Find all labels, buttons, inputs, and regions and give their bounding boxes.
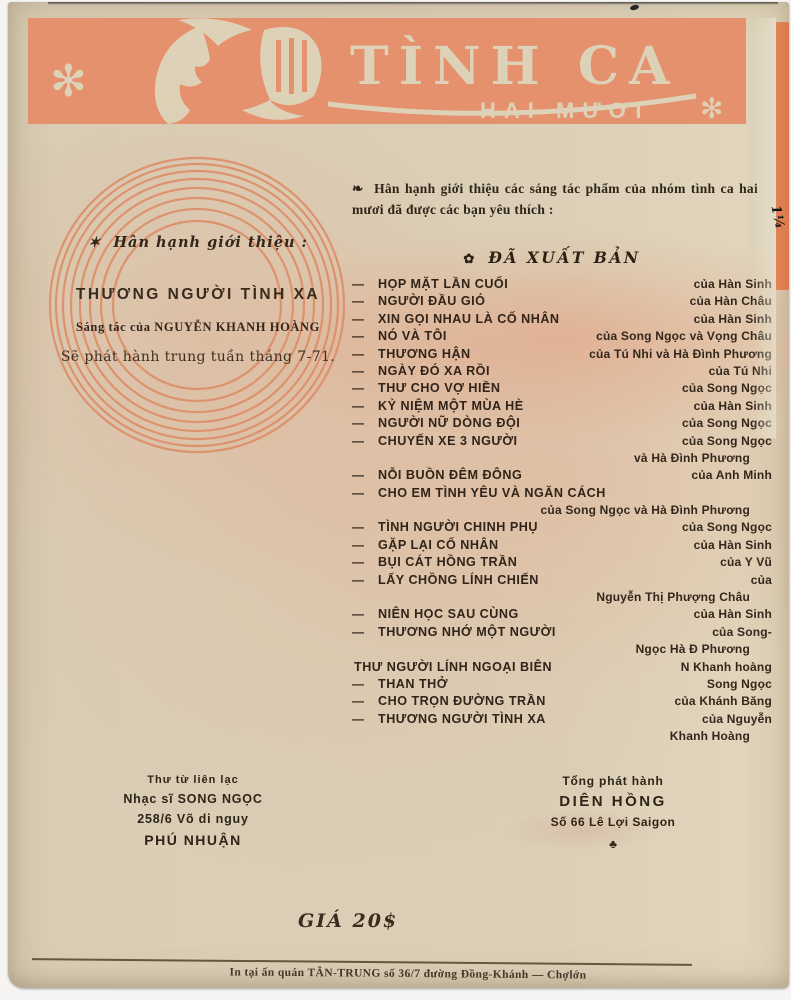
song-title: XIN GỌI NHAU LÀ CỐ NHÂN: [378, 311, 560, 328]
song-author: của Hàn Châu: [485, 293, 772, 310]
printer-imprint: In tại ấn quán TÂN-TRUNG số 36/7 đường Đ…: [128, 966, 688, 983]
contact-line: Thư từ liên lạc: [68, 774, 318, 786]
published-heading-text: ĐÃ XUẤT BẢN: [488, 248, 640, 267]
song-author-continuation: và Hà Đình Phương: [352, 450, 772, 467]
dash-bullet: —: [352, 415, 378, 432]
flower-ornament-icon: ✿: [463, 252, 474, 267]
red-stamp-smudge: [508, 810, 658, 850]
announcement-intro: ✶ Hân hạnh giới thiệu :: [38, 234, 358, 251]
song-title: CHO TRỌN ĐƯỜNG TRẦN: [378, 693, 546, 710]
song-author: của Hàn Sinh: [519, 606, 772, 623]
song-title: CHO EM TÌNH YÊU VÀ NGĂN CÁCH: [378, 485, 606, 502]
dash-bullet: —: [352, 537, 378, 554]
song-row: — THƯƠNG NHỚ MỘT NGƯỜI của Song-: [352, 624, 772, 641]
song-author: của Song Ngọc: [500, 380, 772, 397]
dash-bullet: —: [352, 693, 378, 710]
banner-art: ✻ TÌNH CA HAI MƯƠI ✻: [28, 18, 746, 124]
intro-text: Hân hạnh giới thiệu các sáng tác phẩm củ…: [352, 181, 758, 217]
distributor-line: Tổng phát hành: [488, 774, 738, 788]
song-row: THƯ NGƯỜI LÍNH NGOẠI BIÊN N Khanh hoàng: [352, 659, 772, 676]
price-label: GIÁ 20$: [298, 910, 398, 932]
banner-subtitle: HAI MƯƠI: [480, 98, 649, 123]
dash-bullet: —: [352, 276, 378, 293]
contact-line: Nhạc sĩ SONG NGỌC: [68, 792, 318, 806]
song-title: THAN THỞ: [378, 676, 448, 693]
dash-bullet: —: [352, 467, 378, 484]
masthead-banner: ✻ TÌNH CA HAI MƯƠI ✻: [28, 18, 746, 124]
song-title: LẤY CHỒNG LÍNH CHIẾN: [378, 572, 539, 589]
song-row: — TÌNH NGƯỜI CHINH PHỤ của Song Ngọc: [352, 519, 772, 536]
dash-bullet: —: [352, 398, 378, 415]
song-row: — HỌP MẶT LẦN CUỐI của Hàn Sinh: [352, 276, 772, 293]
song-row: — NÓ VÀ TÔI của Song Ngọc và Vọng Châu: [352, 328, 772, 345]
dash-bullet: —: [352, 328, 378, 345]
dash-bullet: —: [352, 711, 378, 728]
song-row: — THAN THỞ Song Ngọc: [352, 676, 772, 693]
song-author: của Nguyễn: [546, 711, 772, 728]
dash-bullet: —: [352, 433, 378, 450]
dash-bullet: —: [352, 380, 378, 397]
dash-bullet: —: [352, 346, 378, 363]
ink-speck: [630, 4, 640, 11]
dash-bullet: —: [352, 363, 378, 380]
published-heading: ✿ĐÃ XUẤT BẢN: [352, 248, 752, 267]
song-title: CHUYẾN XE 3 NGƯỜI: [378, 433, 518, 450]
song-row: — THƯ CHO VỢ HIỀN của Song Ngọc: [352, 380, 772, 397]
song-author-continuation: của Song Ngọc và Hà Đình Phương: [352, 502, 772, 519]
song-author: N Khanh hoàng: [552, 659, 772, 676]
song-author-continuation: Ngọc Hà Đ Phương: [352, 641, 772, 658]
contact-line: 258/6 Võ di nguy: [68, 812, 318, 826]
announcement-song-title: THƯƠNG NGƯỜI TÌNH XA: [38, 286, 358, 304]
song-row: — XIN GỌI NHAU LÀ CỐ NHÂN của Hàn Sinh: [352, 311, 772, 328]
song-row: — THƯƠNG NGƯỜI TÌNH XA của Nguyễn: [352, 711, 772, 728]
paper-top-edge-shadow: [48, 2, 778, 5]
folded-cover-edge: [776, 22, 789, 290]
song-row: — NGƯỜI NỮ DÒNG ĐỘI của Song Ngọc: [352, 415, 772, 432]
star-ornament-icon: ✶: [88, 234, 101, 251]
song-author: của Tú Nhi và Hà Đình Phương: [471, 346, 772, 363]
song-author: của Khánh Băng: [546, 693, 772, 710]
dash-bullet: —: [352, 624, 378, 641]
dash-bullet: —: [352, 554, 378, 571]
song-row: — GẶP LẠI CỐ NHÂN của Hàn Sinh: [352, 537, 772, 554]
song-row: — NGƯỜI ĐẦU GIÓ của Hàn Châu: [352, 293, 772, 310]
song-title: GẶP LẠI CỐ NHÂN: [378, 537, 499, 554]
song-row: — LẤY CHỒNG LÍNH CHIẾN của: [352, 572, 772, 589]
song-row: — THƯƠNG HẬN của Tú Nhi và Hà Đình Phươn…: [352, 346, 772, 363]
distributor-name: DIÊN HỒNG: [488, 793, 738, 810]
song-author: của Song Ngọc: [538, 519, 772, 536]
song-author: của Song Ngọc: [520, 415, 772, 432]
song-title: THƯƠNG NHỚ MỘT NGƯỜI: [378, 624, 556, 641]
song-author: của Hàn Sinh: [524, 398, 772, 415]
publisher-intro-paragraph: ❧ Hân hạnh giới thiệu các sáng tác phẩm …: [352, 178, 758, 220]
song-author: Song Ngọc: [448, 676, 772, 693]
song-title: KỶ NIỆM MỘT MÙA HÈ: [378, 398, 524, 415]
song-author: của Hàn Sinh: [508, 276, 772, 293]
song-row: — BỤI CÁT HỒNG TRẦN của Y Vũ: [352, 554, 772, 571]
contact-block: Thư từ liên lạc Nhạc sĩ SONG NGỌC 258/6 …: [68, 774, 318, 848]
dash-bullet: —: [352, 293, 378, 310]
song-title: THƯƠNG NGƯỜI TÌNH XA: [378, 711, 546, 728]
banner-right-star-icon: ✻: [700, 93, 723, 124]
song-author: của Song Ngọc: [518, 433, 772, 450]
song-author-continuation: Khanh Hoàng: [352, 728, 772, 745]
announcement-credit: Sáng tác của NGUYỄN KHANH HOÀNG: [38, 320, 358, 335]
song-row: — NGÀY ĐÓ XA RỒI của Tú Nhi: [352, 363, 772, 380]
dash-bullet: —: [352, 572, 378, 589]
song-row: — NIÊN HỌC SAU CÙNG của Hàn Sinh: [352, 606, 772, 623]
dash-bullet: —: [352, 676, 378, 693]
banner-left-star-icon: ✻: [50, 57, 87, 106]
song-author: của Hàn Sinh: [499, 537, 772, 554]
song-row: — CHO EM TÌNH YÊU VÀ NGĂN CÁCH: [352, 485, 772, 502]
song-author: của: [539, 572, 772, 589]
announcement-intro-text: Hân hạnh giới thiệu :: [113, 234, 308, 251]
song-row: — NỖI BUỒN ĐÊM ĐÔNG của Anh Minh: [352, 467, 772, 484]
song-title: BỤI CÁT HỒNG TRẦN: [378, 554, 517, 571]
song-title: THƯ NGƯỜI LÍNH NGOẠI BIÊN: [354, 659, 552, 676]
song-author: của Y Vũ: [517, 554, 772, 571]
song-author: của Anh Minh: [522, 467, 772, 484]
song-row: — KỶ NIỆM MỘT MÙA HÈ của Hàn Sinh: [352, 398, 772, 415]
song-author: của Hàn Sinh: [560, 311, 772, 328]
published-song-list: — HỌP MẶT LẦN CUỐI của Hàn Sinh — NGƯỜI …: [352, 276, 772, 746]
song-author-continuation: Nguyễn Thị Phượng Châu: [352, 589, 772, 606]
song-title: NGƯỜI ĐẦU GIÓ: [378, 293, 485, 310]
contact-line: PHÚ NHUẬN: [68, 832, 318, 848]
song-title: NGÀY ĐÓ XA RỒI: [378, 363, 490, 380]
announcement-release-date: Sẽ phát hành trung tuần tháng 7-71.: [38, 349, 358, 365]
song-title: THƯƠNG HẬN: [378, 346, 471, 363]
dash-bullet: —: [352, 311, 378, 328]
song-row: — CHO TRỌN ĐƯỜNG TRẦN của Khánh Băng: [352, 693, 772, 710]
song-author: của Song Ngọc và Vọng Châu: [447, 328, 772, 345]
song-title: THƯ CHO VỢ HIỀN: [378, 380, 500, 397]
dash-bullet: —: [352, 606, 378, 623]
song-author: của Song-: [556, 624, 772, 641]
song-title: NIÊN HỌC SAU CÙNG: [378, 606, 519, 623]
song-title: HỌP MẶT LẦN CUỐI: [378, 276, 508, 293]
song-row: — CHUYẾN XE 3 NGƯỜI của Song Ngọc: [352, 433, 772, 450]
sheet-music-back-cover: ✻ TÌNH CA HAI MƯƠI ✻: [8, 2, 789, 988]
banner-title: TÌNH CA: [350, 35, 680, 97]
dash-bullet: —: [352, 519, 378, 536]
song-author: của Tú Nhi: [490, 363, 772, 380]
song-title: TÌNH NGƯỜI CHINH PHỤ: [378, 519, 538, 536]
song-title: NÓ VÀ TÔI: [378, 328, 447, 345]
concentric-rings-ornament: [36, 150, 358, 462]
song-title: NỖI BUỒN ĐÊM ĐÔNG: [378, 467, 522, 484]
leaf-ornament-icon: ❧: [352, 181, 364, 196]
dash-bullet: —: [352, 485, 378, 502]
song-title: NGƯỜI NỮ DÒNG ĐỘI: [378, 415, 520, 432]
